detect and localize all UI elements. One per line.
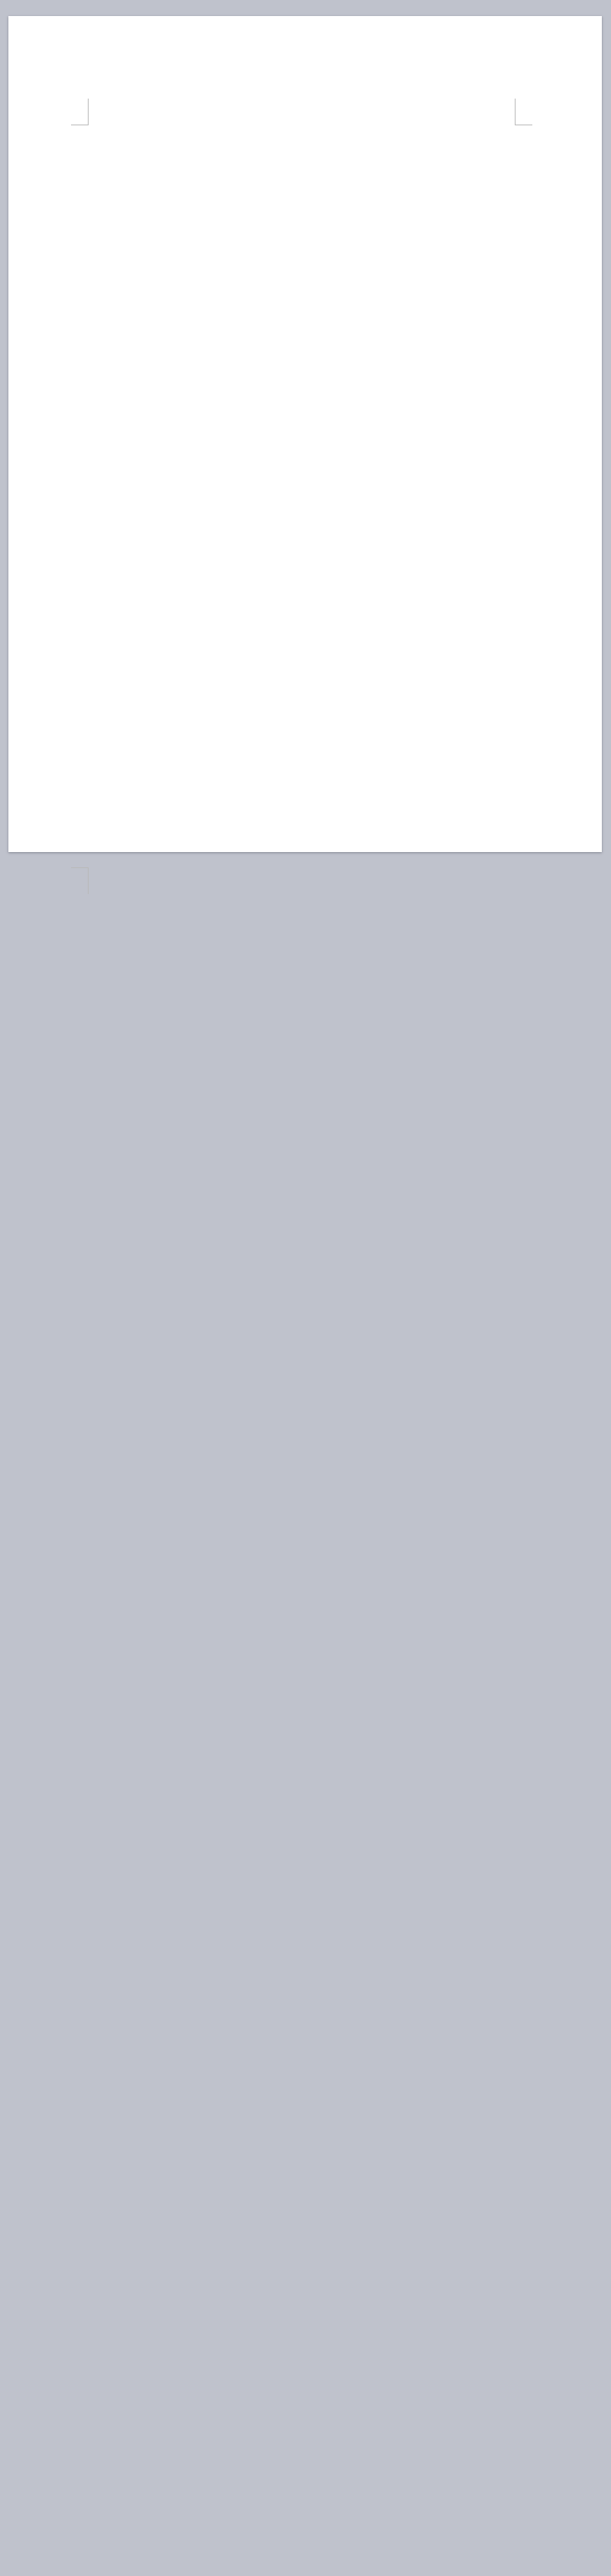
crop-mark-bottom-left	[71, 867, 89, 894]
crop-mark-top-left	[71, 99, 89, 125]
crop-mark-top-right	[515, 99, 532, 125]
document-page-1	[8, 16, 602, 852]
